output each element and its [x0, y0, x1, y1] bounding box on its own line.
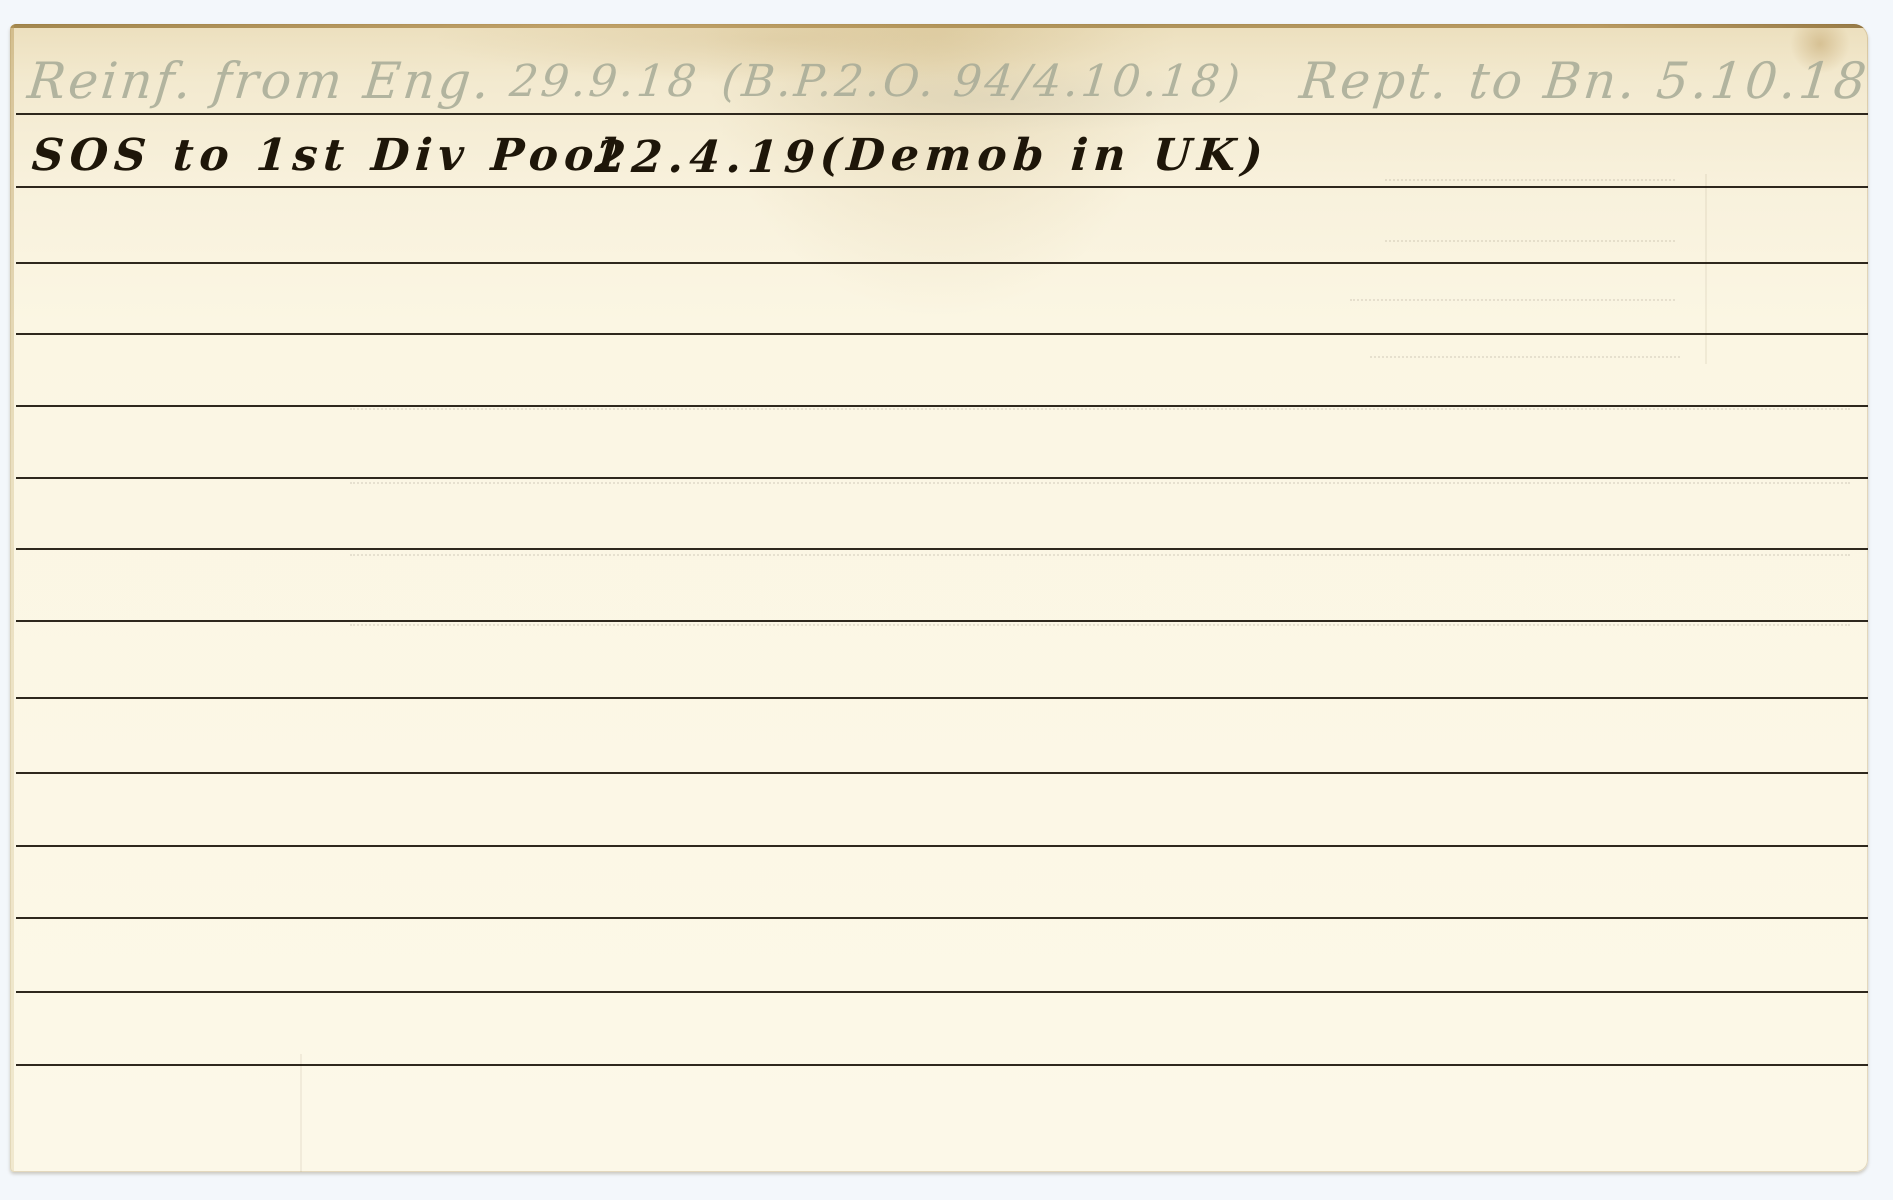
ink-entry-struck-off-strength: SOS to 1st Div Pool	[30, 130, 624, 181]
bleed-through-vertical	[300, 1054, 302, 1172]
bleed-through-vertical	[1705, 174, 1707, 364]
index-card: Reinf. from Eng. 29.9.18 (B.P.2.O. 94/4.…	[10, 24, 1868, 1172]
bleed-through-dots	[1370, 356, 1680, 358]
ruled-line-1	[16, 113, 1868, 115]
ruled-line-8	[16, 620, 1868, 622]
bleed-through-dots	[350, 408, 1850, 410]
bleed-through-dots	[1385, 240, 1675, 242]
ruled-line-12	[16, 917, 1868, 919]
bleed-through-dots	[350, 482, 1850, 484]
ink-entry-demob-note: (Demob in UK)	[818, 130, 1270, 181]
ruled-line-11	[16, 845, 1868, 847]
ruled-line-13	[16, 991, 1868, 993]
ruled-line-5	[16, 405, 1868, 407]
bleed-through-dots	[350, 554, 1850, 556]
pencil-entry-order-reference: (B.P.2.O. 94/4.10.18)	[719, 56, 1245, 107]
ruled-line-14	[16, 1064, 1868, 1066]
ruled-line-4	[16, 333, 1868, 335]
ruled-line-3	[16, 262, 1868, 264]
bleed-through-dots	[1385, 179, 1675, 181]
ruled-line-2	[16, 186, 1868, 188]
ruled-line-7	[16, 548, 1868, 550]
bleed-through-dots	[350, 624, 1850, 626]
ink-entry-date: 22.4.19	[593, 132, 822, 183]
pencil-entry-reinforcement: Reinf. from Eng.	[25, 52, 495, 110]
pencil-entry-date-reinforced: 29.9.18	[507, 56, 701, 107]
ruled-line-10	[16, 772, 1868, 774]
ruled-line-9	[16, 697, 1868, 699]
ruled-line-6	[16, 477, 1868, 479]
bleed-through-dots	[1350, 299, 1675, 301]
pencil-entry-reported-to-battalion: Rept. to Bn. 5.10.18	[1297, 52, 1868, 110]
